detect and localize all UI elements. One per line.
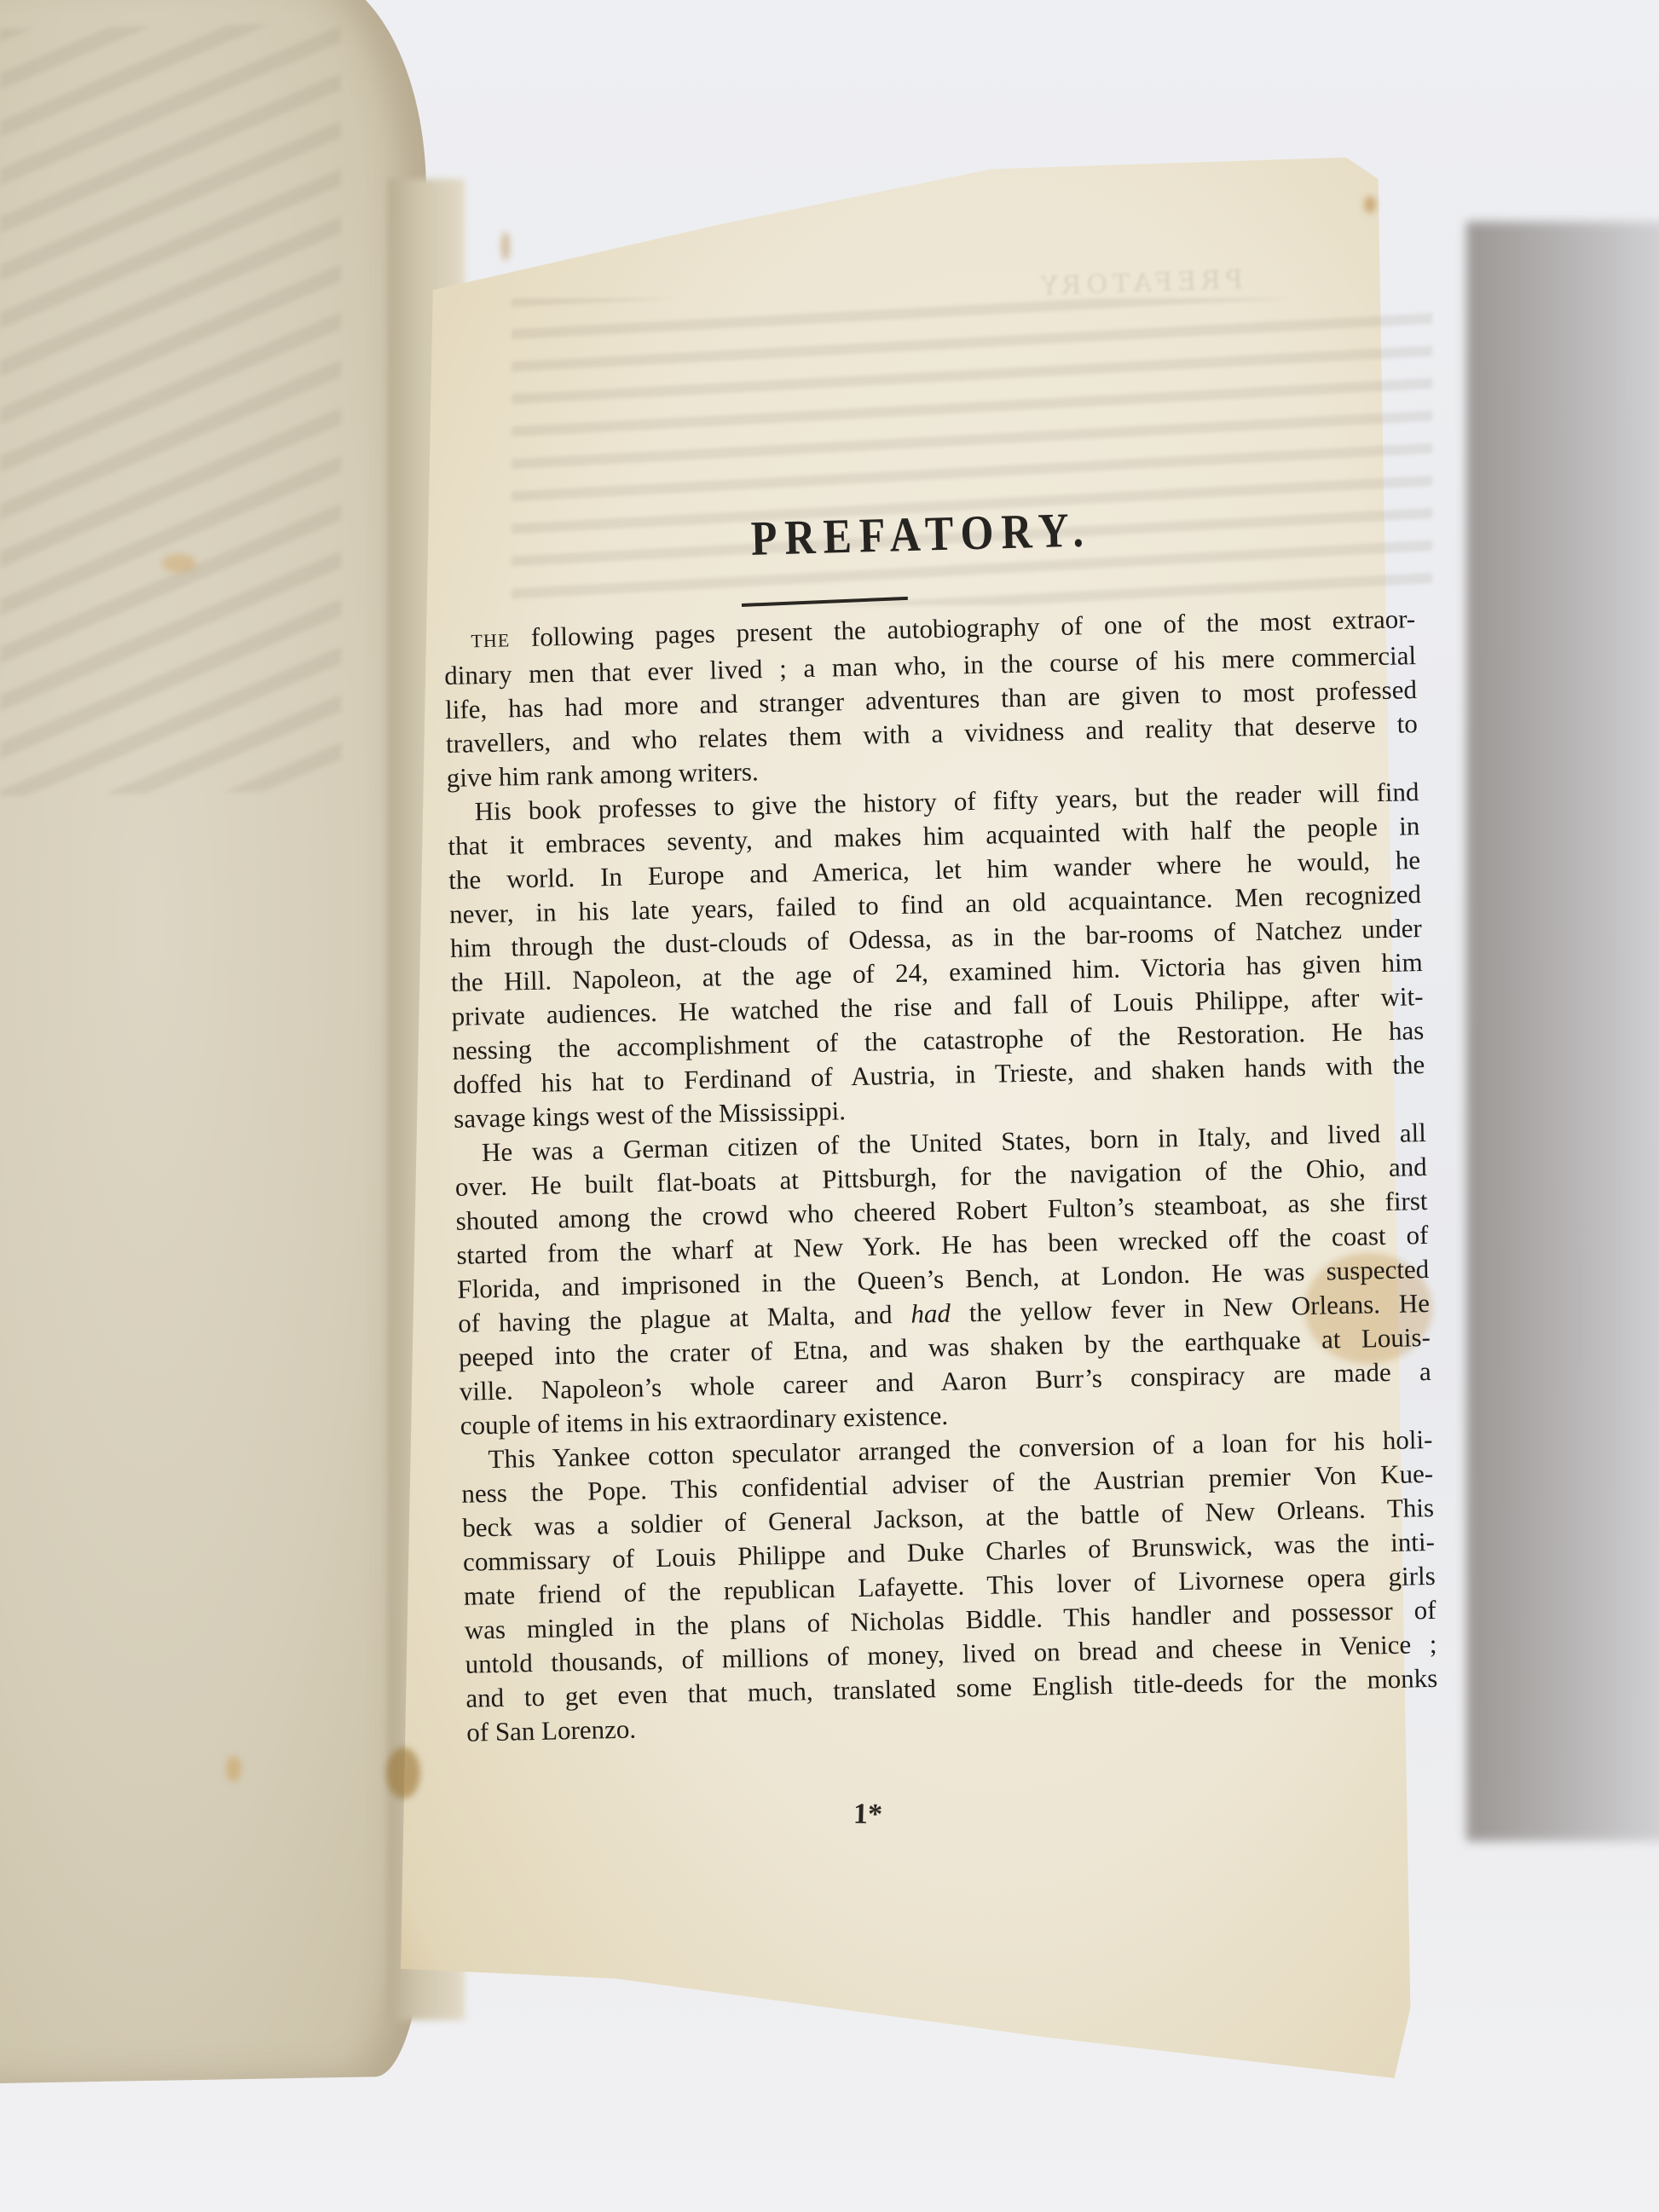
book-shadow [1466,222,1659,1841]
paragraph: THE following pages present the autobiog… [443,602,1419,795]
italic-word: had [910,1298,951,1329]
foxing-stain [1364,196,1376,213]
foxing-stain [501,232,510,261]
prefatory-body: THE following pages present the autobiog… [443,602,1438,1750]
page-title: PREFATORY. [750,501,1092,567]
page-folio: 1* [853,1799,883,1832]
paragraph: This Yankee cotton speculator arranged t… [460,1423,1438,1750]
foxing-stain [226,1756,241,1782]
left-page [0,0,426,2084]
paragraph: His book professes to give the history o… [447,775,1425,1136]
foxing-stain [386,1747,420,1799]
small-caps-word: THE [471,629,510,651]
foxing-stain [162,554,196,573]
paragraph: He was a German citizen of the United St… [454,1116,1432,1443]
left-page-bleed-through [0,23,341,796]
